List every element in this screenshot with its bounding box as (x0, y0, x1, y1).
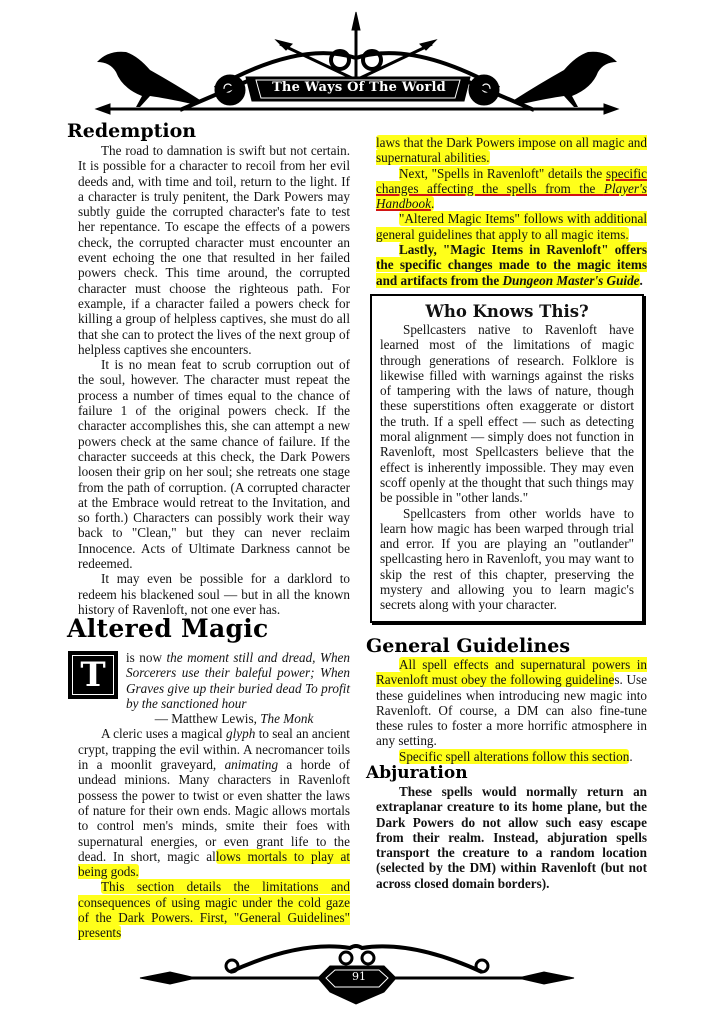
heading-general-guidelines: General Guidelines (366, 634, 570, 658)
highlighted-text[interactable]: Specific spell alterations follow this s… (399, 749, 629, 764)
right-column-continuation: laws that the Dark Powers impose on all … (376, 135, 647, 288)
sidebar-paragraph: Spellcasters from other worlds have to l… (380, 506, 634, 613)
text-run: a horde of undead minions. Many characte… (78, 757, 350, 864)
abjuration-paragraph: These spells would normally return an ex… (376, 784, 647, 891)
heading-redemption: Redemption (67, 119, 196, 143)
redemption-paragraph: It may even be possible for a darklord t… (78, 571, 350, 617)
epigraph: is now the moment still and dread, When … (78, 650, 350, 711)
chapter-banner-title: The Ways Of The World (270, 78, 448, 98)
sidebar-paragraph: Spellcasters native to Ravenloft have le… (380, 322, 634, 506)
italic-term: animating (225, 757, 278, 772)
italic-term: glyph (226, 726, 255, 741)
sidebar-box-who-knows-this: Who Knows This? Spellcasters native to R… (370, 294, 644, 623)
redemption-paragraph: It is no mean feat to scrub corruption o… (78, 357, 350, 571)
attribution-work: The Monk (260, 711, 313, 726)
drop-cap-ornament-icon: T (68, 651, 118, 699)
altered-magic-paragraph: A cleric uses a magical glyph to seal an… (78, 726, 350, 879)
raven-right-icon (514, 52, 617, 107)
abjuration-body: These spells would normally return an ex… (376, 784, 647, 891)
drop-cap-letter: T (72, 655, 114, 695)
highlighted-text[interactable]: Lastly, "Magic Items in Ravenloft" offer… (376, 242, 647, 288)
book-title: Dungeon Master's Guide (502, 273, 639, 288)
general-paragraph: All spell effects and supernatural power… (376, 657, 647, 749)
text-run: Next, "Spells in Ravenloft" details the (399, 166, 606, 181)
altered-magic-body: T is now the moment still and dread, Whe… (78, 650, 350, 941)
continuation-paragraph: laws that the Dark Powers impose on all … (376, 135, 647, 166)
header-ornament (0, 0, 714, 118)
general-paragraph: Specific spell alterations follow this s… (376, 749, 647, 764)
raven-left-icon (97, 52, 200, 107)
redemption-paragraph: The road to damnation is swift but not c… (78, 143, 350, 357)
text-run: . (629, 749, 632, 764)
highlighted-text[interactable]: All spell effects and supernatural power… (376, 657, 647, 687)
text-run: . (431, 196, 434, 211)
items-paragraph: "Altered Magic Items" follows with addit… (376, 211, 647, 242)
sidebar-title: Who Knows This? (372, 302, 642, 322)
epigraph-lead: is now (126, 650, 167, 665)
text-run: . (640, 273, 643, 288)
sidebar-body: Spellcasters native to Ravenloft have le… (372, 322, 642, 613)
epigraph-attribution: — Matthew Lewis, The Monk (78, 711, 350, 726)
redemption-body: The road to damnation is swift but not c… (78, 143, 350, 617)
attribution-author: — Matthew Lewis, (155, 711, 260, 726)
text-run: A cleric uses a magical (101, 726, 226, 741)
highlighted-text[interactable]: laws that the Dark Powers impose on all … (376, 135, 647, 165)
heading-abjuration: Abjuration (366, 763, 468, 783)
highlighted-text[interactable]: "Altered Magic Items" follows with addit… (376, 211, 647, 241)
heading-altered-magic: Altered Magic (67, 614, 269, 644)
spells-paragraph: Next, "Spells in Ravenloft" details the … (376, 166, 647, 212)
page-number: 91 (338, 969, 380, 985)
general-guidelines-body: All spell effects and supernatural power… (376, 657, 647, 764)
highlighted-text[interactable]: Next, "Spells in Ravenloft" details the … (376, 166, 647, 212)
lastly-paragraph: Lastly, "Magic Items in Ravenloft" offer… (376, 242, 647, 288)
